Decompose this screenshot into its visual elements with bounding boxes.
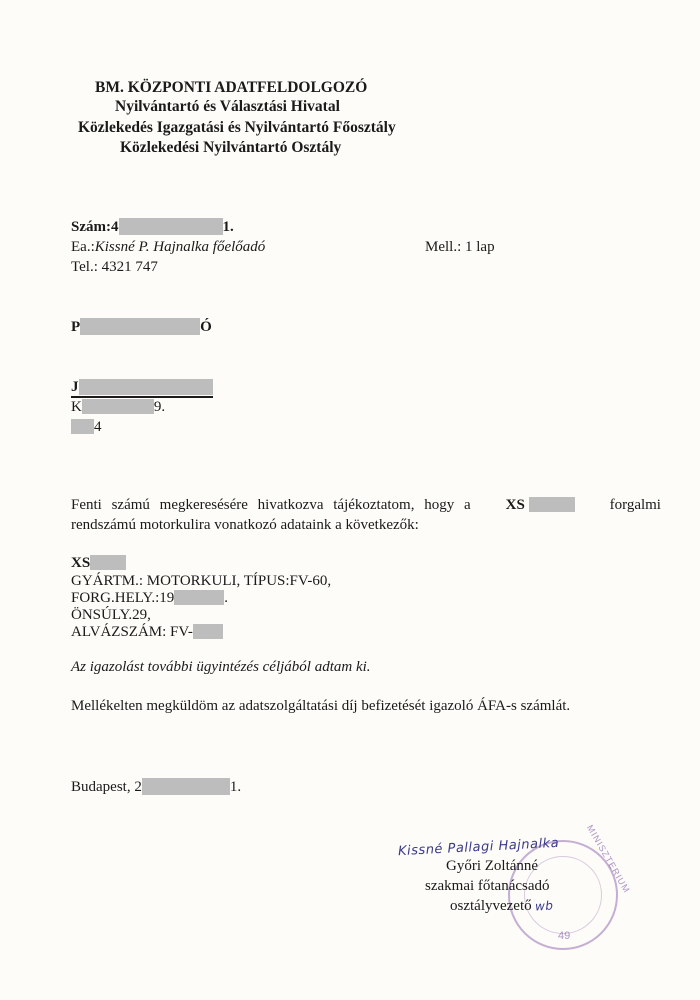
case-officer: Ea.:Kissné P. Hajnalka főelőadó [71, 238, 265, 256]
case-officer-label: Ea.: [71, 239, 95, 255]
body-paragraph-1-line-2: rendszámú motorkulira vonatkozó adataink… [71, 516, 419, 534]
signatory-name: Győri Zoltánné [446, 857, 538, 875]
recipient-street: K9. [71, 398, 165, 416]
registration-place-suffix: . [224, 590, 228, 606]
case-officer-name: Kissné P. Hajnalka főelőadó [95, 239, 266, 255]
recipient-zip-suffix: 4 [94, 419, 102, 435]
redacted-reference-number [119, 218, 223, 235]
redacted-plate [529, 497, 575, 512]
redacted-zip [71, 419, 94, 434]
date-line: Budapest, 21. [71, 778, 241, 796]
redacted-street [82, 399, 154, 414]
vehicle-plate-prefix: XS [71, 555, 90, 571]
body-paragraph-2: Mellékelten megküldöm az adatszolgáltatá… [71, 697, 570, 715]
reference-number-prefix: Szám:4 [71, 219, 119, 235]
body-text: forgalmi [610, 496, 661, 514]
recipient-company-prefix: P [71, 319, 80, 335]
vehicle-make-type: GYÁRTM.: MOTORKULI, TÍPUS:FV-60, [71, 572, 331, 590]
body-paragraph-1-line-1: Fenti számú megkeresésére hivatkozva táj… [71, 496, 661, 514]
letterhead-title: BM. KÖZPONTI ADATFELDOLGOZÓ [95, 78, 367, 97]
reference-number-suffix: 1. [223, 219, 234, 235]
recipient-zip: 4 [71, 418, 102, 436]
body-text: Fenti számú megkeresésére hivatkozva táj… [71, 496, 471, 514]
reference-number: Szám:41. [71, 218, 234, 236]
plate-prefix: XS [506, 497, 525, 513]
redacted-chassis-number [193, 624, 223, 639]
recipient-company-suffix: Ó [200, 319, 212, 335]
signatory-position-text: osztályvezető [450, 898, 532, 914]
signatory-title: szakmai főtanácsadó [425, 877, 550, 895]
letterhead-office: Nyilvántartó és Választási Hivatal [115, 97, 340, 116]
certificate-note: Az igazolást további ügyintézés céljából… [71, 658, 371, 676]
handwritten-initials: wb [535, 897, 554, 916]
recipient-street-suffix: 9. [154, 399, 165, 415]
redacted-registration-place [174, 590, 224, 605]
registration-place-prefix: FORG.HELY.:19 [71, 590, 174, 606]
redacted-company-name [80, 318, 200, 335]
redacted-recipient-name [79, 379, 213, 395]
date-prefix: Budapest, 2 [71, 779, 142, 795]
redacted-vehicle-plate [90, 555, 126, 570]
plate-inline: XS [506, 496, 575, 514]
stamp-number: 49 [558, 930, 570, 942]
vehicle-registration-place: FORG.HELY.:19. [71, 589, 228, 607]
vehicle-chassis-number: ALVÁZSZÁM: FV- [71, 623, 223, 641]
chassis-number-prefix: ALVÁZSZÁM: FV- [71, 624, 193, 640]
date-suffix: 1. [230, 779, 241, 795]
recipient-name: J [71, 378, 213, 398]
telephone: Tel.: 4321 747 [71, 258, 158, 276]
recipient-company: PÓ [71, 318, 212, 336]
letterhead-division: Közlekedési Nyilvántartó Osztály [120, 138, 341, 157]
redacted-date [142, 778, 230, 795]
vehicle-plate: XS [71, 554, 126, 572]
recipient-name-prefix: J [71, 379, 79, 395]
signatory-position: osztályvezető wb [450, 897, 554, 915]
letterhead-department: Közlekedés Igazgatási és Nyilvántartó Fő… [78, 118, 396, 137]
attachment-count: Mell.: 1 lap [425, 238, 495, 256]
vehicle-weight: ÖNSÚLY.29, [71, 606, 151, 624]
recipient-street-prefix: K [71, 399, 82, 415]
